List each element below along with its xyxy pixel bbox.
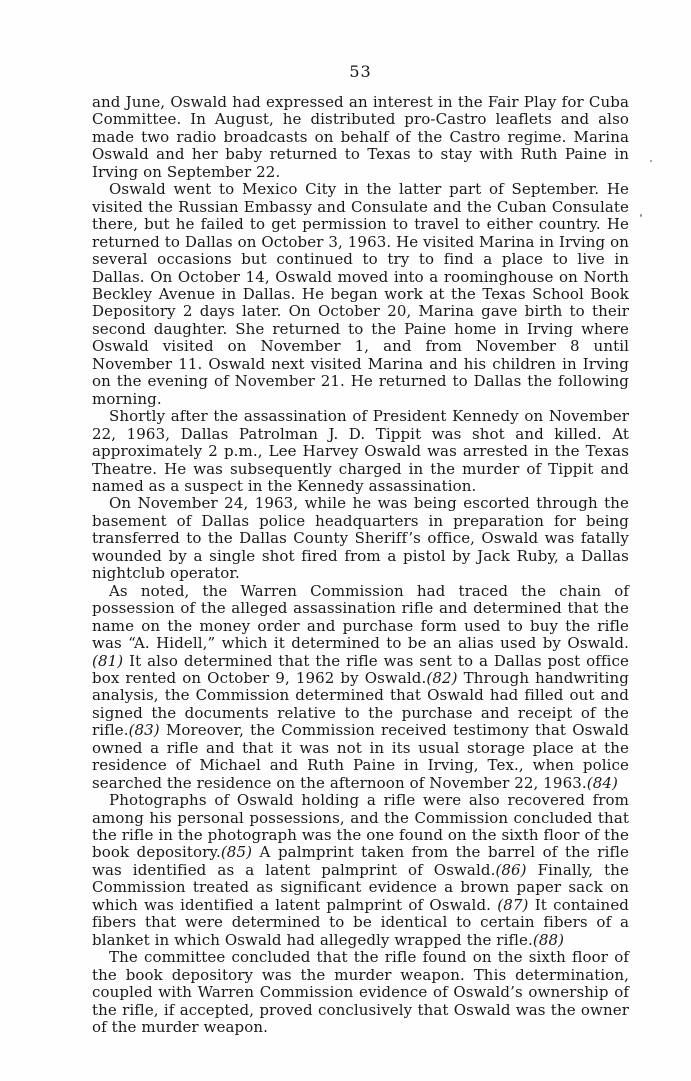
text-block: and June, Oswald had expressed an intere… xyxy=(92,94,629,1036)
page-number: 53 xyxy=(92,62,629,81)
paragraph: Oswald went to Mexico City in the latter… xyxy=(92,181,629,408)
scan-speck xyxy=(650,160,652,162)
scan-speck xyxy=(640,214,642,217)
paragraph: Shortly after the assassination of Presi… xyxy=(92,408,629,495)
document-page: 53 and June, Oswald had expressed an int… xyxy=(0,0,691,1081)
paragraph: Photographs of Oswald holding a rifle we… xyxy=(92,792,629,949)
scan-speck xyxy=(490,975,492,977)
paragraph: and June, Oswald had expressed an intere… xyxy=(92,94,629,181)
paragraph: As noted, the Warren Commission had trac… xyxy=(92,583,629,792)
paragraph: The committee concluded that the rifle f… xyxy=(92,949,629,1036)
paragraph: On November 24, 1963, while he was being… xyxy=(92,495,629,582)
